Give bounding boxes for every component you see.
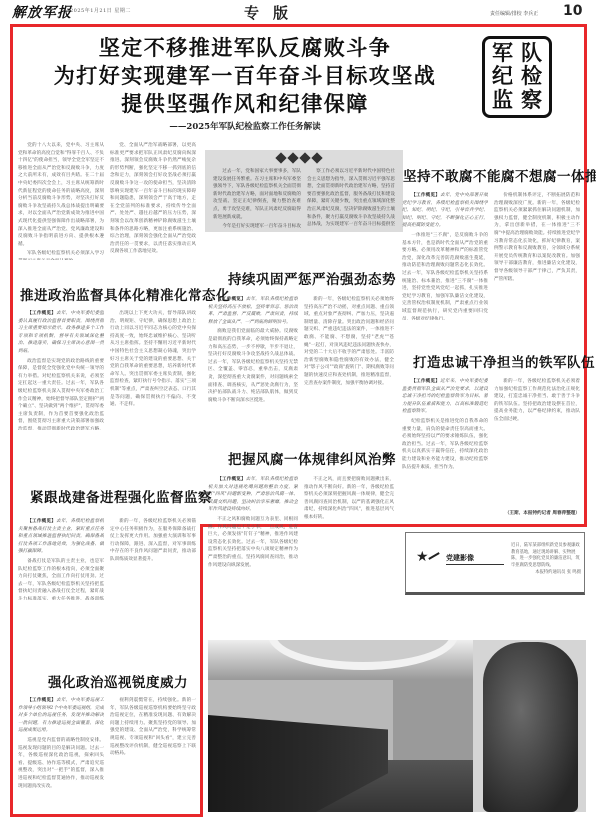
issue-date: 2025年1月21日 星期二 — [70, 7, 131, 14]
section-paragraph: 纪检监察机关是推进党的自我革命的重要力量，肩负的使命责任崇高而重大。必须始终坚持… — [402, 418, 488, 471]
section-lead: 【工作概览】去年，军队各级纪检监察机关坚持高压不放松，坚持零容忍、惩治改革、严肃… — [208, 296, 298, 326]
section-lead: 【工作概览】去年，党中央部署开展党纪学习教育，各级纪检监察机关围绕学纪、知纪、明… — [402, 192, 488, 230]
news-photo — [208, 640, 586, 812]
section-column: 不正之风，而且要把腐败问题揪出来，推动作风不断向好。新的一年，各级纪检监察机关必… — [304, 476, 394, 520]
photo-feature-label: 党建影像 — [446, 553, 474, 563]
bell-icon — [483, 642, 578, 812]
lead-text: 近年来，中央军委纪委监委贯彻军队全面从严治党要求，以建设忠诚干净担当的纪检监察铁… — [402, 379, 488, 414]
caption-text: 近日，陆军某部组织新党员参观廉政教育基地，通过现场讲解、实物展陈，进一步强化党员… — [511, 543, 580, 568]
section-column: 【工作概览】去年，各级纪检监察机关聚焦备战打仗主责主业，紧盯重点任务和重点领域推… — [18, 518, 104, 600]
section-title: 持续巩固严惩严治强劲态势 — [228, 268, 396, 288]
lead-text: 去年，中央军委纪委监委认真履行政治监督首要职责，围绕贯彻习主席重要指示批示，政务… — [18, 311, 104, 354]
section-paragraph: 新的一年，各级纪检监察机关必须着力加强纪检监察工作规范化法治化正规化建设，打造忠… — [494, 378, 580, 424]
lead-text: 去年，军队各级纪检监察机关加大对违规吃喝问题的整治力度，紧盯"四风"问题新变种，… — [208, 477, 298, 512]
section-column: 价格机制体系评定，不断拓展防范和治理腐败深度广度。新的一年，各级纪检监察机关必须… — [494, 192, 580, 320]
section-title: 把握风腐一体规律纠风治弊 — [228, 448, 396, 468]
section-paragraph: 价格机制体系评定，不断拓展防范和治理腐败深度广度。新的一年，各级纪检监察机关必须… — [494, 192, 580, 283]
section-paragraph: 视利剑震慑常在，持续强化。新的一年，军队各级巡视巡察机构要始终坚守政治巡视定位，… — [110, 697, 196, 758]
lead-tag: 【工作概览】 — [217, 477, 246, 482]
lead-text: 去年，党中央部署开展党纪学习教育，各级纪检监察机关围绕学纪、知纪、明纪、守纪，引… — [402, 193, 488, 228]
lead-tag: 【工作概览】 — [27, 698, 56, 703]
photo-caption: 近日，陆军某部组织新党员参观廉政教育基地，通过现场讲解、实物展陈，进一步强化党员… — [511, 543, 581, 577]
lead-tag: 【工作概览】 — [411, 379, 440, 384]
masthead: 解放军报 2025年1月21日 星期二 专版 责任编辑/排校 李兵正 10 — [0, 0, 596, 22]
lead-tag: 【工作概览】 — [217, 297, 246, 302]
section-paragraph: 腐败是我们党面临的最大威胁。反腐败是最彻底的自我革命，必须始终保持战略定力和高压… — [208, 328, 298, 404]
intro-paragraph: 党、全面从严治军战略部署，以更高标准更严要求把军队正风肃纪反腐向纵深推进。深刻领… — [110, 142, 196, 256]
section-column: 【工作概览】去年，军队各级纪检监察机关加大对违规吃喝问题的整治力度，紧盯"四风"… — [208, 476, 298, 596]
section-paragraph: 巡视是党内监督的战略性制度安排。巡视发现问题的目的是解决问题。过去一年，各级巡视… — [18, 737, 104, 790]
red-border-left — [10, 24, 13, 817]
red-border-middle-left — [200, 524, 203, 817]
section-title: 强化政治巡视锐度威力 — [48, 671, 188, 691]
summary-paragraph: 察工作必须以习近平新时代中国特色社会主义思想为指导，深入贯彻习近平强军思想，全面… — [307, 168, 395, 228]
intro-paragraph: 党的十八大以来，党中央、习主席从党和革命的高度自觉和"得罪千百人、不负十四亿"的… — [18, 142, 104, 248]
lead-text: 去年，各级纪检监察机关聚焦备战打仗主责主业，紧盯重点任务和重点领域推进监督执纪问… — [18, 519, 104, 554]
zigzag-ornament — [428, 552, 439, 560]
section-title: 紧跟战建备进程强化监督监察 — [30, 486, 212, 506]
section-lead: 【工作概览】去年，军队各级纪检监察机关加大对违规吃喝问题的整治力度，紧盯"四风"… — [208, 476, 298, 514]
section-paragraph: 备战打仗是军队的主责主业，也是军队纪检监察工作的根本指向，必须全面聚力向打仗聚焦… — [18, 558, 104, 600]
intro-column-2: 党、全面从严治军战略部署，以更高标准更严要求把军队正风肃纪反腐向纵深推进。深刻领… — [110, 142, 196, 260]
section-column: 新的一年，各级纪检监察机关必须始终坚持高压严治不动摇，对重点问题、重点领域、重点… — [304, 296, 394, 424]
lead-tag: 【工作概览】 — [411, 193, 440, 198]
summary-paragraph: 过去一年，党和国家大事要事多，军队建设发展任务繁重。在习主席和中央军委坚强领导下… — [213, 168, 301, 221]
section-column: 出现以上下更大功夫，督导部队讲政治、明规矩、守纪律，确保思想上政治上行动上同以习… — [110, 310, 196, 430]
section-paragraph: 政治监督是实现党的政治路线的重要保障，是督促全党强化党中央统一领导的有力举措。对… — [18, 358, 104, 430]
star-icon: ★ — [416, 549, 429, 565]
diamond-ornament-icon — [277, 154, 321, 162]
editor-credit: 责任编辑/排校 李兵正 — [490, 10, 538, 17]
section-name: 专版 — [244, 2, 302, 23]
red-border-bottom — [10, 814, 202, 817]
section-column: 【工作概览】近年来，中央军委纪委监委贯彻军队全面从严治党要求，以建设忠诚干净担当… — [402, 378, 488, 516]
headline-subtitle: ——2025年军队纪检监察工作任务解读 — [30, 120, 460, 132]
summary-box: 过去一年，党和国家大事要事多，军队建设发展任务繁重。在习主席和中央军委坚强领导下… — [205, 150, 403, 232]
seal-char: 检 — [517, 65, 546, 88]
section-lead: 【工作概览】去年，各级纪检监察机关聚焦备战打仗主责主业，紧盯重点任务和重点领域推… — [18, 518, 104, 556]
main-headline: 坚定不移推进军队反腐败斗争 为打好实现建军一百年奋斗目标攻坚战 提供坚强作风和纪… — [30, 34, 460, 132]
summary-column-2: 察工作必须以习近平新时代中国特色社会主义思想为指导，深入贯彻习近平强军思想，全面… — [307, 168, 395, 228]
newspaper-logo: 解放军报 — [12, 2, 72, 22]
section-title: 推进政治监督具体化精准化常态化 — [20, 284, 230, 304]
section-column: 【工作概览】去年，军队各级纪检监察机关坚持高压不放松，坚持零容忍、惩治改革、严肃… — [208, 296, 298, 424]
intro-paragraph: 军队各级纪检监察机关必须深入学习贯彻习主席关于全面从严治 — [18, 250, 104, 260]
seal-char: 监 — [488, 89, 517, 112]
section-column: 【工作概览】去年，中央军委巡视工作领导小组领导2个中央军委巡视组，完成对多个单位… — [18, 697, 104, 811]
section-paragraph: 一体推进"三不腐"，是反腐败斗争的基本方针，也是新时代全面从严治党的重要方略。必… — [402, 232, 488, 320]
seal-stamp-icon: 军 队 纪 检 监 察 — [482, 36, 552, 118]
seal-char: 纪 — [488, 65, 517, 88]
lead-tag: 【工作概览】 — [27, 519, 56, 524]
section-title: 打造忠诚干净担当的铁军队伍 — [413, 351, 595, 371]
section-title: 坚持不敢腐不能腐不想腐一体推进 — [403, 165, 596, 185]
section-lead: 【工作概览】去年，中央军委巡视工作领导小组领导2个中央军委巡视组，完成对多个单位… — [18, 697, 104, 735]
red-border-right — [584, 24, 587, 526]
photo-credit: 本报特约通讯员 张 鸣摄 — [511, 570, 581, 577]
red-border-top — [10, 24, 587, 27]
label-underline — [446, 564, 504, 565]
summary-paragraph: 今年是打好实现建军一百年奋斗目标攻坚战的关键一年，军队纪检监 — [213, 223, 301, 228]
seal-char: 队 — [517, 42, 546, 65]
section-lead: 【工作概览】去年，中央军委纪委监委认真履行政治监督首要职责，围绕贯彻习主席重要指… — [18, 310, 104, 356]
section-column: 新的一年，各级纪检监察机关必须着力加强纪检监察工作规范化法治化正规化建设，打造忠… — [494, 378, 580, 508]
lead-tag: 【工作概览】 — [27, 311, 56, 316]
intro-column-1: 党的十八大以来，党中央、习主席从党和革命的高度自觉和"得罪千百人、不负十四亿"的… — [18, 142, 104, 260]
lead-text: 去年，中央军委巡视工作领导小组领导2个中央军委巡视组，完成对多个单位的巡视任务，… — [18, 698, 104, 733]
section-paragraph: 新的一年，各级纪检监察机关必须锚定中心任务积极作为，在服务保障备战打仗上发挥更大… — [110, 518, 196, 564]
section-paragraph: 出现以上下更大功夫，督导部队讲政治、明规矩、守纪律，确保思想上政治上行动上同以习… — [110, 310, 196, 409]
section-paragraph: 不正之风和腐败问题互为表里、同根同源。作风问题也不是小事，一旦成风，危害巨大，必… — [208, 516, 298, 569]
seal-char: 军 — [488, 42, 517, 65]
section-lead: 【工作概览】近年来，中央军委纪委监委贯彻军队全面从严治党要求，以建设忠诚干净担当… — [402, 378, 488, 416]
headline-line-2: 为打好实现建军一百年奋斗目标攻坚战 — [30, 62, 460, 90]
summary-column-1: 过去一年，党和国家大事要事多，军队建设发展任务繁重。在习主席和中央军委坚强领导下… — [213, 168, 301, 228]
photo-feature-box: ★ 党建影像 近日，陆军某部组织新党员参观廉政教育基地，通过现场讲解、实物展陈，… — [405, 532, 585, 595]
section-column: 新的一年，各级纪检监察机关必须锚定中心任务积极作为，在服务保障备战打仗上发挥更大… — [110, 518, 196, 600]
headline-line-1: 坚定不移推进军队反腐败斗争 — [30, 34, 460, 62]
section-paragraph: 新的一年，各级纪检监察机关必须始终坚持高压严治不动摇，对重点问题、重点领域、重点… — [304, 296, 394, 387]
section-byline: （王斯、本报特约记者 周春萍整理） — [494, 510, 580, 519]
section-column: 视利剑震慑常在，持续强化。新的一年，军队各级巡视巡察机构要始终坚守政治巡视定位，… — [110, 697, 196, 811]
page-number: 10 — [563, 3, 582, 19]
headline-line-3: 提供坚强作风和纪律保障 — [30, 90, 460, 118]
section-column: 【工作概览】去年，中央军委纪委监委认真履行政治监督首要职责，围绕贯彻习主席重要指… — [18, 310, 104, 430]
section-paragraph: 不正之风，而且要把腐败问题揪出来，推动作风不断向好。新的一年，各级纪检监察机关必… — [304, 476, 394, 520]
seal-char: 察 — [517, 89, 546, 112]
section-column: 【工作概览】去年，党中央部署开展党纪学习教育，各级纪检监察机关围绕学纪、知纪、明… — [402, 192, 488, 320]
